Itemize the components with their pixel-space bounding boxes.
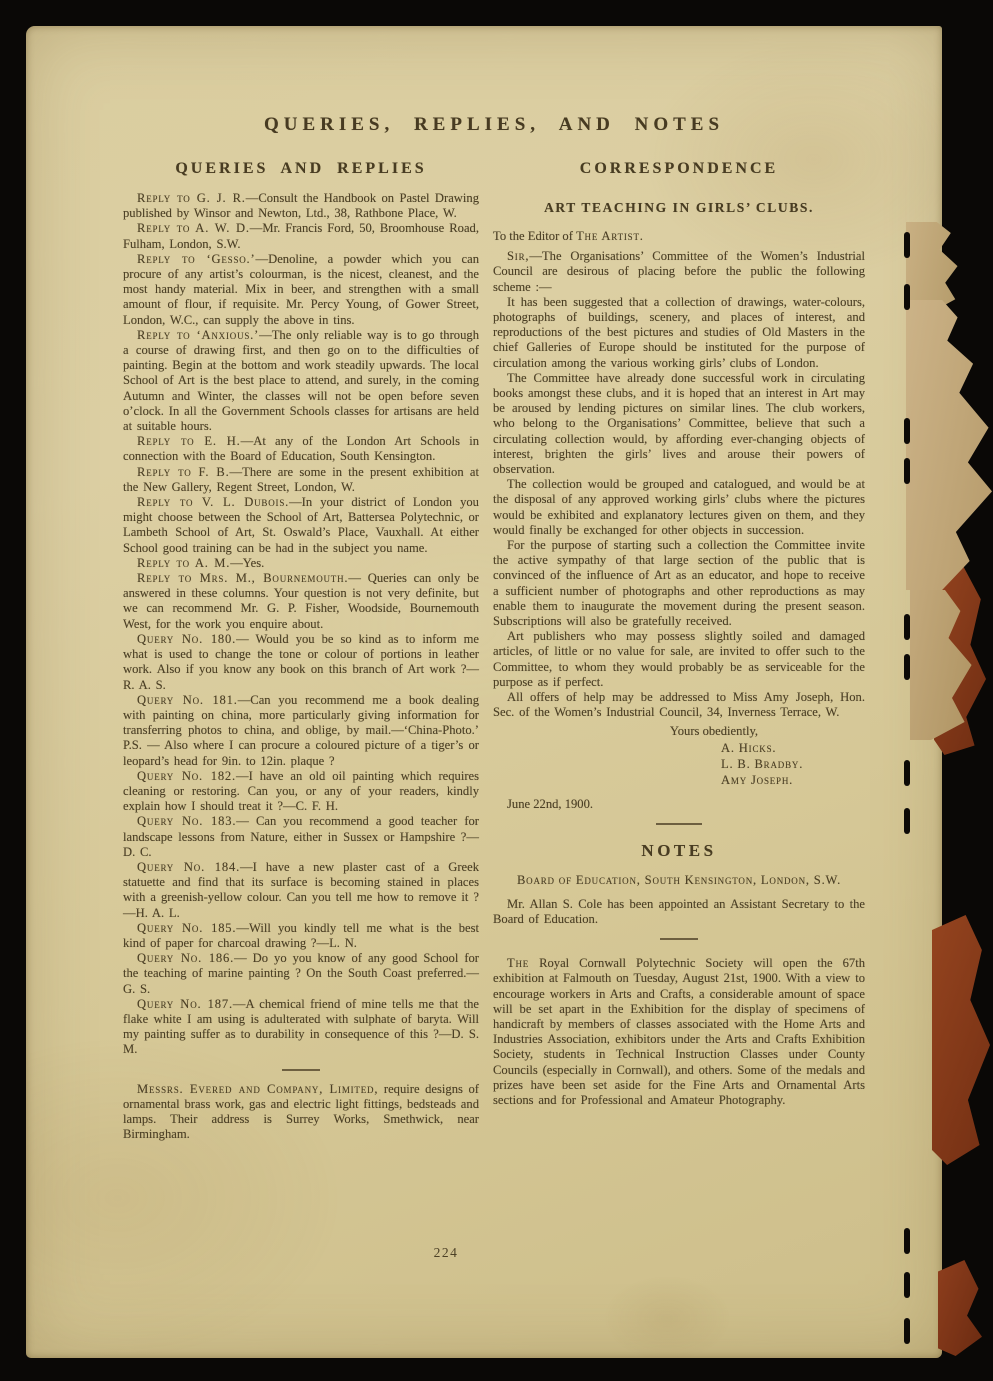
entry-lead: Query No. 182.	[137, 769, 236, 783]
letter-paragraph: Sir,—The Organisations’ Committee of the…	[493, 249, 865, 295]
entry-lead: Query No. 185.	[137, 921, 236, 935]
reply-entry: Reply to ‘Gesso.’—Denoline, a powder whi…	[123, 252, 479, 328]
entry-lead: Query No. 183.	[137, 814, 236, 828]
letter-closing: Yours obediently,	[493, 724, 865, 740]
reply-entry: Reply to G. J. R.—Consult the Handbook o…	[123, 191, 479, 221]
column-correspondence: CORRESPONDENCE ART TEACHING IN GIRLS’ CL…	[493, 160, 865, 1108]
entry-lead: Reply to A. W. D.	[137, 221, 250, 235]
reply-entry: Reply to Mrs. M., Bournemouth.— Queries …	[123, 571, 479, 632]
reply-entry: Reply to A. W. D.—Mr. Francis Ford, 50, …	[123, 221, 479, 251]
journal-name: The Artist.	[576, 229, 644, 243]
page-number: 224	[26, 1245, 866, 1261]
column-queries-and-replies: QUERIES AND REPLIES Reply to G. J. R.—Co…	[123, 160, 479, 1142]
page-content: QUERIES, REPLIES, AND NOTES QUERIES AND …	[123, 114, 865, 1142]
letter-paragraph: The collection would be grouped and cata…	[493, 477, 865, 538]
query-entry: Query No. 180.— Would you be so kind as …	[123, 632, 479, 693]
note-item-text: The Royal Cornwall Polytechnic Society w…	[493, 956, 865, 1108]
entry-lead: Reply to ‘Anxious.’	[137, 328, 259, 342]
section-divider	[282, 1069, 320, 1071]
queries-heading: QUERIES AND REPLIES	[123, 160, 479, 178]
scanned-page-background: QUERIES, REPLIES, AND NOTES QUERIES AND …	[0, 0, 993, 1381]
section-divider	[660, 938, 698, 940]
entry-lead: Messrs. Evered and Company, Limited,	[137, 1082, 378, 1096]
entry-lead: Reply to V. L. Dubois.	[137, 495, 289, 509]
binding-leather-patch	[938, 1260, 982, 1356]
advert-entry: Messrs. Evered and Company, Limited, req…	[123, 1082, 479, 1143]
reply-entry: Reply to A. M.—Yes.	[123, 556, 479, 571]
signature: L. B. Bradby.	[721, 756, 865, 772]
entry-lead: Reply to ‘Gesso.’	[137, 252, 256, 266]
query-entry: Query No. 186.— Do yo you know of any go…	[123, 951, 479, 997]
note-text: Royal Cornwall Polytechnic Society will …	[493, 956, 865, 1107]
entry-lead: Query No. 184.	[137, 860, 240, 874]
note-text: Mr. Allan S. Cole has been appointed an …	[493, 897, 865, 926]
reply-entry: Reply to F. B.—There are some in the pre…	[123, 465, 479, 495]
entry-lead: Query No. 186.	[137, 951, 234, 965]
entry-lead: Reply to E. H.	[137, 434, 241, 448]
entry-lead: Query No. 180.	[137, 632, 236, 646]
query-entry: Query No. 187.—A chemical friend of mine…	[123, 997, 479, 1058]
paragraph-text: All offers of help may be addressed to M…	[493, 690, 865, 719]
notes-heading: NOTES	[493, 841, 865, 861]
letter-paragraph: For the purpose of starting such a colle…	[493, 538, 865, 629]
reply-entry: Reply to E. H.—At any of the London Art …	[123, 434, 479, 464]
letter-salutation: To the Editor of The Artist.	[493, 229, 865, 244]
letter-title: ART TEACHING IN GIRLS’ CLUBS.	[493, 200, 865, 216]
reply-entry: Reply to ‘Anxious.’—The only reliable wa…	[123, 328, 479, 434]
paragraph-lead: Sir,	[507, 249, 529, 263]
letter-paragraph: The Committee have already done successf…	[493, 371, 865, 477]
signature: A. Hicks.	[721, 740, 865, 756]
paragraph-text: It has been suggested that a collection …	[493, 295, 865, 370]
paragraph-text: —The Organisations’ Committee of the Wom…	[493, 249, 865, 293]
entry-lead: Query No. 181.	[137, 693, 238, 707]
query-entry: Query No. 183.— Can you recommend a good…	[123, 814, 479, 860]
salutation-text: To the Editor of	[493, 229, 576, 243]
entry-lead: Reply to F. B.	[137, 465, 230, 479]
reply-entry: Reply to V. L. Dubois.—In your district …	[123, 495, 479, 556]
letter-paragraph: Art publishers who may possess slightly …	[493, 629, 865, 690]
letter-paragraph: All offers of help may be addressed to M…	[493, 690, 865, 720]
query-entry: Query No. 182.—I have an old oil paintin…	[123, 769, 479, 815]
correspondence-heading: CORRESPONDENCE	[493, 160, 865, 178]
note-heading-text: Board of Education, South Kensington, Lo…	[517, 873, 841, 887]
magazine-page: QUERIES, REPLIES, AND NOTES QUERIES AND …	[26, 26, 942, 1358]
query-entry: Query No. 184.—I have a new plaster cast…	[123, 860, 479, 921]
entry-lead: Reply to G. J. R.	[137, 191, 246, 205]
note-item-heading: Board of Education, South Kensington, Lo…	[493, 873, 865, 889]
entry-lead: Reply to A. M.	[137, 556, 230, 570]
entry-lead: Reply to Mrs. M., Bournemouth.	[137, 571, 348, 585]
paragraph-text: The Committee have already done successf…	[493, 371, 865, 476]
signature: Amy Joseph.	[721, 772, 865, 788]
query-entry: Query No. 181.—Can you recommend me a bo…	[123, 693, 479, 769]
note-item-text: Mr. Allan S. Cole has been appointed an …	[493, 897, 865, 927]
paragraph-text: The collection would be grouped and cata…	[493, 477, 865, 537]
entry-text: —Yes.	[230, 556, 264, 570]
entry-lead: Query No. 187.	[137, 997, 233, 1011]
two-column-layout: QUERIES AND REPLIES Reply to G. J. R.—Co…	[123, 160, 865, 1142]
query-entry: Query No. 185.—Will you kindly tell me w…	[123, 921, 479, 951]
letter-date: June 22nd, 1900.	[493, 797, 865, 812]
paragraph-text: For the purpose of starting such a colle…	[493, 538, 865, 628]
page-title: QUERIES, REPLIES, AND NOTES	[123, 114, 865, 136]
letter-signatures: A. Hicks. L. B. Bradby. Amy Joseph.	[493, 740, 865, 788]
section-divider	[656, 823, 702, 825]
paragraph-text: Art publishers who may possess slightly …	[493, 629, 865, 689]
paragraph-lead: The	[507, 956, 529, 970]
letter-paragraph: It has been suggested that a collection …	[493, 295, 865, 371]
entry-text: —The only reliable way is to go through …	[123, 328, 479, 433]
